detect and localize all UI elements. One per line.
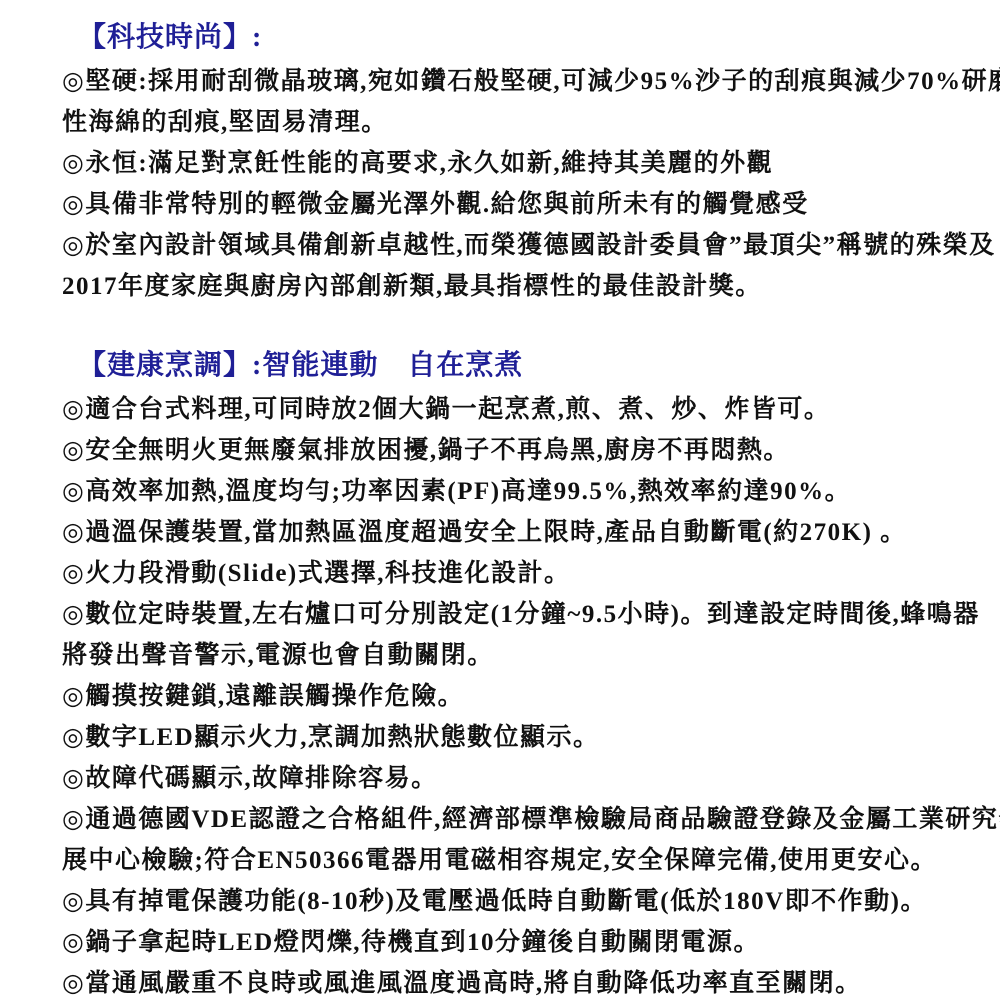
text-line: ◎於室內設計領域具備創新卓越性,而榮獲德國設計委員會”最頂尖”稱號的殊榮及	[62, 225, 960, 266]
text-line: ◎安全無明火更無廢氣排放困擾,鍋子不再烏黑,廚房不再悶熱。	[62, 430, 960, 471]
text-line: ◎具有掉電保護功能(8-10秒)及電壓過低時自動斷電(低於180V即不作動)。	[62, 881, 960, 922]
text-line: ◎數位定時裝置,左右爐口可分別設定(1分鐘~9.5小時)。到達設定時間後,蜂鳴器	[62, 594, 960, 635]
text-line: 性海綿的刮痕,堅固易清理。	[62, 102, 960, 143]
text-line: 2017年度家庭與廚房內部創新類,最具指標性的最佳設計獎。	[62, 266, 960, 307]
section-tech-style: 【科技時尚】: ◎堅硬:採用耐刮微晶玻璃,宛如鑽石般堅硬,可減少95%沙子的刮痕…	[62, 17, 960, 307]
text-line: ◎鍋子拿起時LED燈閃爍,待機直到10分鐘後自動關閉電源。	[62, 922, 960, 963]
text-line: ◎堅硬:採用耐刮微晶玻璃,宛如鑽石般堅硬,可減少95%沙子的刮痕與減少70%研磨	[62, 61, 960, 102]
text-line: 將發出聲音警示,電源也會自動關閉。	[62, 635, 960, 676]
text-line: ◎適合台式料理,可同時放2個大鍋一起烹煮,煎、煮、炒、炸皆可。	[62, 389, 960, 430]
text-line: ◎故障代碼顯示,故障排除容易。	[62, 758, 960, 799]
text-line: ◎高效率加熱,溫度均勻;功率因素(PF)高達99.5%,熱效率約達90%。	[62, 471, 960, 512]
section-title: 【科技時尚】:	[62, 17, 960, 58]
text-line: ◎通過德國VDE認證之合格組件,經濟部標準檢驗局商品驗證登錄及金屬工業研究發	[62, 799, 960, 840]
text-line: ◎永恒:滿足對烹飪性能的高要求,永久如新,維持其美麗的外觀	[62, 143, 960, 184]
text-line: ◎當通風嚴重不良時或風進風溫度過高時,將自動降低功率直至關閉。	[62, 963, 960, 1000]
section-title: 【建康烹調】:智能連動 自在烹煮	[62, 345, 960, 386]
section-healthy-cooking: 【建康烹調】:智能連動 自在烹煮 ◎適合台式料理,可同時放2個大鍋一起烹煮,煎、…	[62, 345, 960, 1000]
document-page: 【科技時尚】: ◎堅硬:採用耐刮微晶玻璃,宛如鑽石般堅硬,可減少95%沙子的刮痕…	[0, 0, 1000, 1000]
text-line: ◎數字LED顯示火力,烹調加熱狀態數位顯示。	[62, 717, 960, 758]
text-line: ◎觸摸按鍵鎖,遠離誤觸操作危險。	[62, 676, 960, 717]
text-line: ◎火力段滑動(Slide)式選擇,科技進化設計。	[62, 553, 960, 594]
text-line: 展中心檢驗;符合EN50366電器用電磁相容規定,安全保障完備,使用更安心。	[62, 840, 960, 881]
text-line: ◎具備非常特別的輕微金屬光澤外觀.給您與前所未有的觸覺感受	[62, 184, 960, 225]
text-line: ◎過溫保護裝置,當加熱區溫度超過安全上限時,產品自動斷電(約270K) 。	[62, 512, 960, 553]
